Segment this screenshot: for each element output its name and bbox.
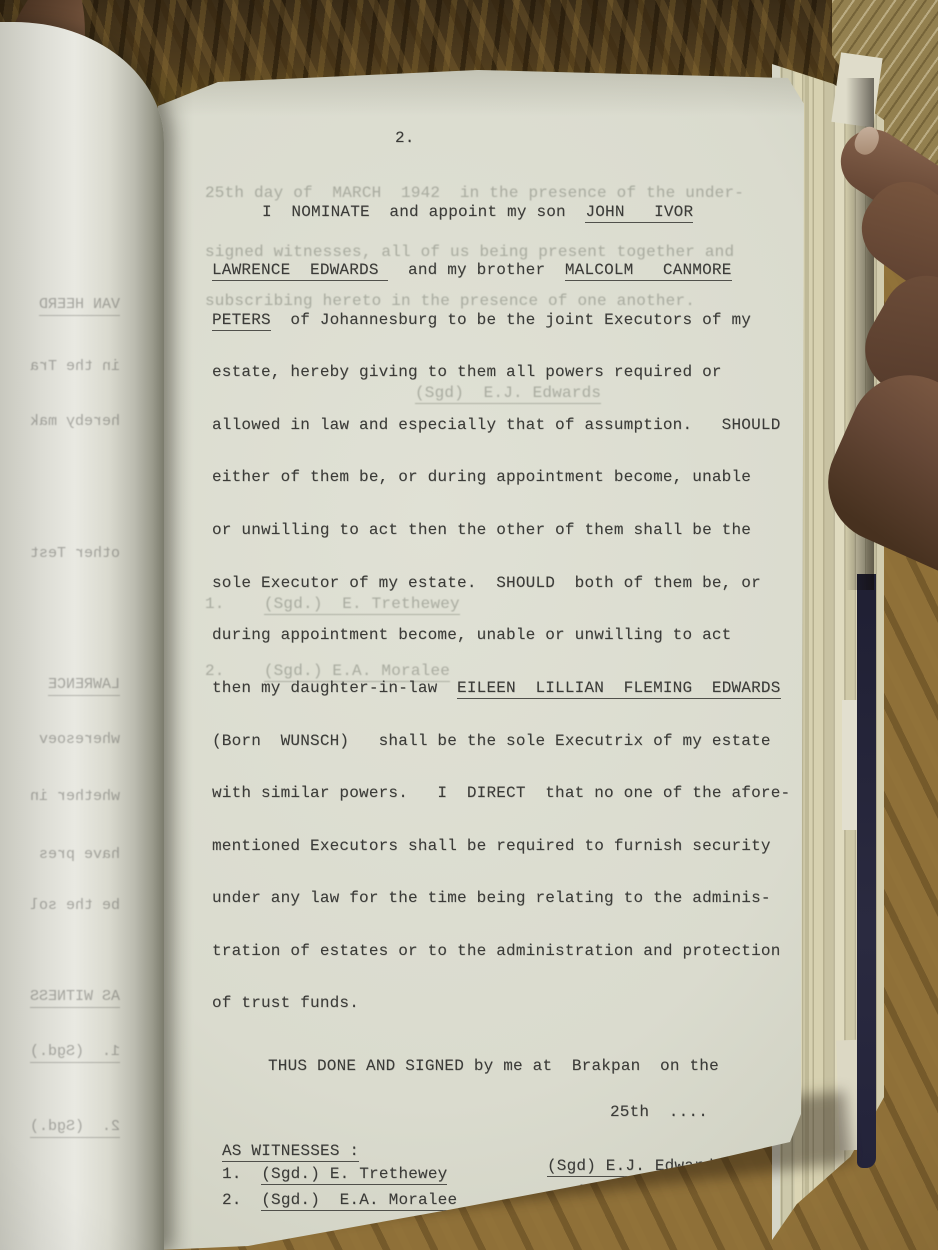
typed-line: estate, hereby giving to them all powers… bbox=[212, 362, 722, 382]
typed-segment: AS WITNESSES : bbox=[222, 1142, 359, 1162]
typed-segment: during appointment become, unable or unw… bbox=[212, 626, 731, 644]
typed-segment: with similar powers. I DIRECT that no on… bbox=[212, 784, 790, 802]
typed-line: AS WITNESSES : bbox=[222, 1141, 359, 1161]
typed-segment: of trust funds. bbox=[212, 994, 359, 1012]
typed-segment: mentioned Executors shall be required to… bbox=[212, 837, 771, 855]
typed-segment: sole Executor of my estate. SHOULD both … bbox=[212, 574, 761, 592]
typed-line: or unwilling to act then the other of th… bbox=[212, 520, 751, 540]
typed-text-layer: 2.I NOMINATE and appoint my son JOHN IVO… bbox=[158, 70, 804, 1250]
typed-segment: either of them be, or during appointment… bbox=[212, 468, 751, 486]
mirrored-text-fragment: 2. (Sgd.) bbox=[30, 1118, 120, 1138]
typed-line: 2. (Sgd.) E.A. Moralee bbox=[222, 1190, 457, 1210]
typed-segment: (Born WUNSCH) shall be the sole Executri… bbox=[212, 732, 771, 750]
mirrored-text-fragment: VAN HEERD bbox=[39, 296, 120, 316]
typed-segment: allowed in law and especially that of as… bbox=[212, 416, 781, 434]
typed-line: LAWRENCE EDWARDS and my brother MALCOLM … bbox=[212, 260, 732, 280]
mirrored-text-fragment: other Test bbox=[30, 545, 120, 563]
photo-of-will-page: 25th day of MARCH 1942 in the presence o… bbox=[0, 0, 938, 1250]
mirrored-text-fragment: 1. (Sgd.) bbox=[30, 1043, 120, 1063]
typed-line: PETERS of Johannesburg to be the joint E… bbox=[212, 310, 751, 330]
typed-segment: I NOMINATE and appoint my son bbox=[262, 203, 585, 221]
typed-line: during appointment become, unable or unw… bbox=[212, 625, 731, 645]
typed-line: mentioned Executors shall be required to… bbox=[212, 836, 771, 856]
mirrored-text-layer: VAN HEERDin the Trahereby makother TestL… bbox=[0, 22, 164, 1250]
typed-segment: THUS DONE AND SIGNED by me at Brakpan on… bbox=[268, 1057, 719, 1075]
typed-line: THUS DONE AND SIGNED by me at Brakpan on… bbox=[268, 1056, 719, 1076]
typed-line: either of them be, or during appointment… bbox=[212, 467, 751, 487]
typed-segment: PETERS bbox=[212, 311, 271, 331]
typed-segment: and my brother bbox=[388, 261, 564, 279]
typed-segment: of Johannesburg to be the joint Executor… bbox=[271, 311, 751, 329]
mirrored-text-fragment: LAWRENCE bbox=[48, 676, 120, 696]
typed-segment: 2. bbox=[395, 129, 415, 147]
typed-segment: estate, hereby giving to them all powers… bbox=[212, 363, 722, 381]
typed-line: (Born WUNSCH) shall be the sole Executri… bbox=[212, 731, 771, 751]
book-cover-edge bbox=[857, 574, 876, 1168]
typed-segment: (Sgd.) E. Trethewey bbox=[261, 1165, 447, 1185]
mirrored-text-fragment: AS WITNESS bbox=[30, 988, 120, 1008]
typed-line: with similar powers. I DIRECT that no on… bbox=[212, 783, 790, 803]
mirrored-text-fragment: whether in bbox=[30, 788, 120, 806]
typed-segment: EILEEN LILLIAN FLEMING EDWARDS bbox=[457, 679, 780, 699]
typed-line: 25th .... bbox=[610, 1102, 708, 1122]
typed-segment: then my daughter-in-law bbox=[212, 679, 457, 697]
typed-segment: MALCOLM CANMORE bbox=[565, 261, 732, 281]
typed-line: of trust funds. bbox=[212, 993, 359, 1013]
typed-line: under any law for the time being relatin… bbox=[212, 888, 771, 908]
mirrored-text-fragment: have pres bbox=[39, 846, 120, 864]
typed-segment: 1. bbox=[222, 1165, 261, 1183]
typed-line: allowed in law and especially that of as… bbox=[212, 415, 781, 435]
curled-previous-page: VAN HEERDin the Trahereby makother TestL… bbox=[0, 22, 164, 1250]
typed-line: then my daughter-in-law EILEEN LILLIAN F… bbox=[212, 678, 781, 698]
mirrored-text-fragment: wheresoev bbox=[39, 731, 120, 749]
typed-segment: LAWRENCE EDWARDS bbox=[212, 261, 388, 281]
typed-line: sole Executor of my estate. SHOULD both … bbox=[212, 573, 761, 593]
typed-line: 1. (Sgd.) E. Trethewey bbox=[222, 1164, 447, 1184]
mirrored-text-fragment: be the sol bbox=[30, 897, 120, 915]
typed-line: I NOMINATE and appoint my son JOHN IVOR bbox=[262, 202, 693, 222]
typed-line: 2. bbox=[395, 128, 415, 148]
typed-segment: under any law for the time being relatin… bbox=[212, 889, 771, 907]
will-page-2: 25th day of MARCH 1942 in the presence o… bbox=[158, 70, 804, 1250]
typed-segment: JOHN IVOR bbox=[585, 203, 693, 223]
typed-segment: or unwilling to act then the other of th… bbox=[212, 521, 751, 539]
mirrored-text-fragment: hereby mak bbox=[30, 413, 120, 431]
typed-segment: tration of estates or to the administrat… bbox=[212, 942, 781, 960]
typed-segment: 2. bbox=[222, 1191, 261, 1209]
typed-line: tration of estates or to the administrat… bbox=[212, 941, 781, 961]
typed-segment: (Sgd.) E.A. Moralee bbox=[261, 1191, 457, 1211]
typed-segment: 25th .... bbox=[610, 1103, 708, 1121]
mirrored-text-fragment: in the Tra bbox=[30, 358, 120, 376]
